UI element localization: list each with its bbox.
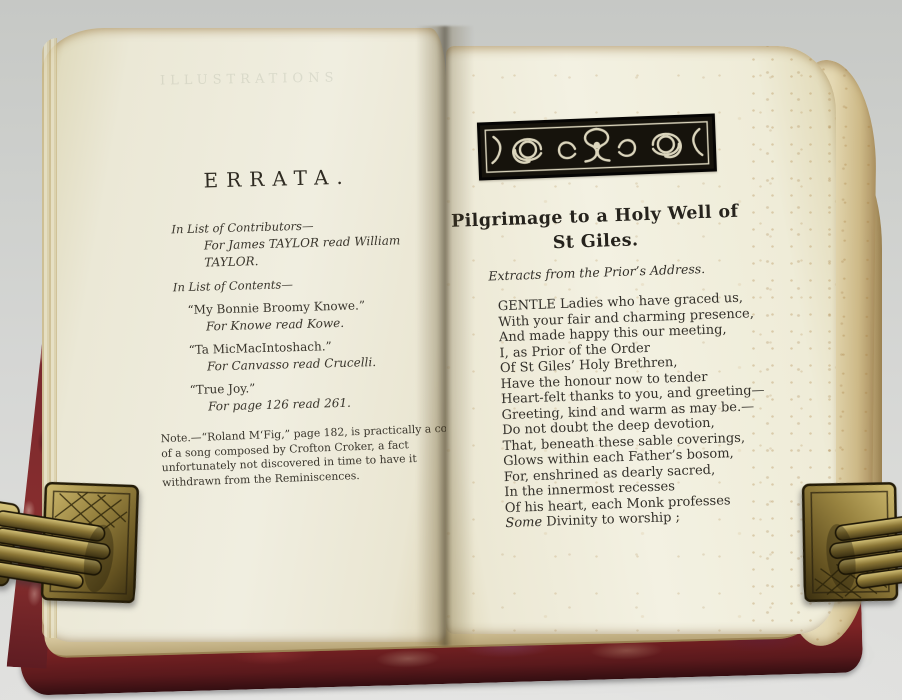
right-page: Pilgrimage to a Holy Well of St Giles. E… — [446, 46, 836, 634]
errata-block: ERRATA. In List of Contributors— For Jam… — [156, 162, 446, 488]
chapter-subtitle: Extracts from the Prior’s Address. — [451, 260, 743, 285]
poem-italic-word: Some — [505, 515, 542, 531]
errata-section-label: In List of Contents— — [173, 272, 441, 296]
ornament-banner-svg — [477, 113, 717, 180]
brass-hand-clasp-left — [0, 470, 146, 613]
prior-address-block: Pilgrimage to a Holy Well of St Giles. E… — [448, 198, 791, 533]
brass-hand-clasp-right — [795, 472, 902, 613]
errata-heading: ERRATA. — [156, 163, 399, 193]
poem: GENTLE Ladies who have graced us, With y… — [452, 289, 792, 533]
photo-of-open-book: ILLUSTRATIONS ERRATA. In List of Contrib… — [0, 0, 902, 700]
book-gutter — [416, 26, 474, 646]
errata-correction: For James TAYLOR read William TAYLOR. — [204, 231, 441, 271]
ornament-banner — [477, 113, 717, 184]
show-through-text: ILLUSTRATIONS — [160, 70, 339, 88]
